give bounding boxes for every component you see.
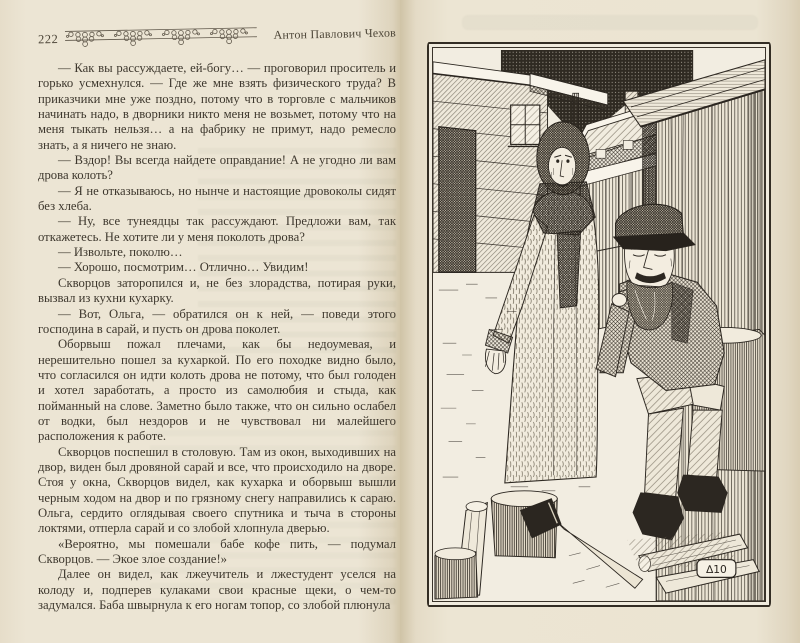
boot (678, 475, 728, 512)
small-stump (435, 548, 478, 599)
left-page: 222 Антон Павлович Чехов — Как вы рассуж… (0, 0, 400, 643)
bleed-through (462, 15, 758, 30)
paragraph: — Вот, Ольга, — обратился он к ней, — по… (38, 307, 396, 338)
paragraph: — Ну, все тунеядцы так рассуждают. Предл… (38, 214, 396, 245)
cabin-doorway (439, 127, 476, 273)
paragraph: — Как вы рассуждаете, ей-богу… — прогово… (38, 61, 396, 153)
paragraph: «Вероятно, мы помешали бабе кофе пить, —… (38, 537, 396, 568)
cook-face (549, 147, 576, 185)
beggar-face (625, 239, 675, 330)
book-spread: 222 Антон Павлович Чехов — Как вы рассуж… (0, 0, 800, 643)
running-title: Антон Павлович Чехов (273, 25, 396, 42)
page-header: 222 Антон Павлович Чехов (38, 23, 396, 50)
artist-mark-text: ∆10 (705, 563, 727, 576)
artist-mark: ∆10 (697, 560, 736, 578)
illustration-frame: ∆10 (427, 42, 771, 607)
cabin-window (508, 105, 543, 146)
page-number: 222 (38, 32, 59, 47)
story-text: — Как вы рассуждаете, ей-богу… — прогово… (38, 61, 396, 613)
paragraph: — Вздор! Вы всегда найдете оправдание! А… (38, 153, 396, 184)
paragraph: — Я не отказываюсь, но нынче и настоящие… (38, 184, 396, 215)
paragraph: Далее он видел, как лжеучитель и лжестуд… (38, 567, 396, 613)
paragraph: Оборвыш пожал плечами, как бы недоумевая… (38, 337, 396, 444)
fist (612, 294, 627, 307)
paragraph: — Извольте, поколю… (38, 245, 396, 260)
paragraph: Скворцов заторопился и, не без злорадств… (38, 276, 396, 307)
header-ornament-icon (65, 23, 257, 49)
paragraph: Скворцов поспешил в столовую. Там из око… (38, 445, 396, 537)
right-page: ∆10 (400, 0, 800, 643)
paragraph: — Хорошо, посмотрим… Отлично… Увидим! (38, 260, 396, 275)
illustration-border: ∆10 (432, 47, 766, 602)
illustration: ∆10 (433, 48, 765, 601)
